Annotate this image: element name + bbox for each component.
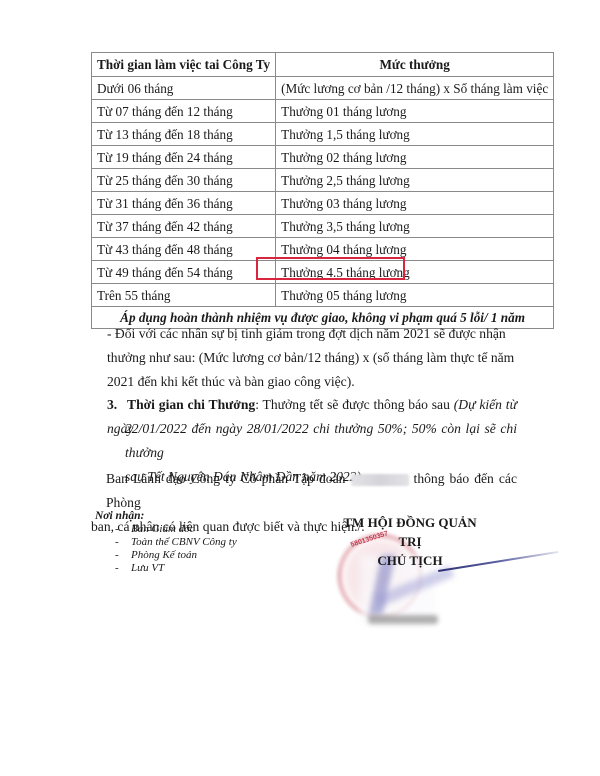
redacted-signer-name: [368, 615, 438, 624]
bonus-cell-highlighted: Thưởng 05 tháng lương: [276, 284, 554, 307]
recipients-list: -Ban Giám đốc -Toàn thể CBNV Công ty -Ph…: [95, 523, 237, 575]
duration-cell: Trên 55 tháng: [92, 284, 276, 307]
table-row: Dưới 06 tháng(Mức lương cơ bản /12 tháng…: [92, 77, 554, 100]
bonus-cell: Thưởng 02 tháng lương: [276, 146, 554, 169]
recipient-label: Toàn thể CBNV Công ty: [115, 536, 237, 548]
bullet-dash: -: [115, 536, 119, 549]
section-text: : Thưởng tết sẽ được thông báo sau: [255, 397, 454, 412]
section-number: 3.: [107, 393, 127, 417]
bonus-table: Thời gian làm việc tai Công Ty Mức thưởn…: [91, 52, 554, 329]
table-row: Từ 37 tháng đến 42 thángThưởng 3,5 tháng…: [92, 215, 554, 238]
bonus-cell: Thưởng 1,5 tháng lương: [276, 123, 554, 146]
duration-cell: Từ 49 tháng đến 54 tháng: [92, 261, 276, 284]
layoff-note-paragraph: - Đối với các nhân sự bị tinh giảm trong…: [107, 322, 517, 394]
table-row: Từ 07 tháng đến 12 thángThưởng 01 tháng …: [92, 100, 554, 123]
bonus-cell: Thưởng 01 tháng lương: [276, 100, 554, 123]
recipient-label: Ban Giám đốc: [115, 523, 195, 535]
recipient-label: Phòng Kế toán: [115, 549, 197, 561]
signature-title-line-1: TM HỘI ĐỒNG QUẢN TRỊ: [335, 513, 485, 551]
duration-cell: Từ 19 tháng đến 24 tháng: [92, 146, 276, 169]
layoff-note-line-1: - Đối với các nhân sự bị tinh giảm trong…: [107, 322, 517, 346]
duration-cell: Từ 07 tháng đến 12 tháng: [92, 100, 276, 123]
bonus-cell: Thưởng 3,5 tháng lương: [276, 215, 554, 238]
list-item: -Lưu VT: [95, 562, 237, 575]
bonus-cell: Thưởng 2,5 tháng lương: [276, 169, 554, 192]
highlight-annotation-box: [256, 257, 405, 280]
table-row: Từ 31 tháng đến 36 thángThưởng 03 tháng …: [92, 192, 554, 215]
list-item: -Toàn thể CBNV Công ty: [95, 536, 237, 549]
table-row: Từ 13 tháng đến 18 thángThưởng 1,5 tháng…: [92, 123, 554, 146]
signature-title: TM HỘI ĐỒNG QUẢN TRỊ CHỦ TỊCH: [335, 513, 485, 570]
recipient-label: Lưu VT: [115, 562, 164, 574]
document-page: Thời gian làm việc tai Công Ty Mức thưởn…: [0, 0, 600, 776]
closing-text-before: Ban Lãnh đạo Công ty Cổ phần Tập đoàn: [106, 471, 345, 486]
duration-cell: Từ 25 tháng đến 30 tháng: [92, 169, 276, 192]
duration-cell: Từ 37 tháng đến 42 tháng: [92, 215, 276, 238]
recipients-header: Nơi nhận:: [95, 510, 237, 523]
duration-cell: Từ 43 tháng đến 48 tháng: [92, 238, 276, 261]
recipients-block: Nơi nhận: -Ban Giám đốc -Toàn thể CBNV C…: [95, 510, 237, 575]
duration-cell: Từ 31 tháng đến 36 tháng: [92, 192, 276, 215]
bullet-dash: -: [115, 562, 119, 575]
header-work-duration: Thời gian làm việc tai Công Ty: [92, 53, 276, 77]
table-row: Trên 55 thángThưởng 05 tháng lương: [92, 284, 554, 307]
list-item: -Ban Giám đốc: [95, 523, 237, 536]
signature-title-line-2: CHỦ TỊCH: [335, 551, 485, 570]
layoff-note-line-3: 2021 đến khi kết thúc và bàn giao công v…: [107, 370, 517, 394]
duration-cell: Dưới 06 tháng: [92, 77, 276, 100]
bullet-dash: -: [115, 549, 119, 562]
table-row: Từ 19 tháng đến 24 thángThưởng 02 tháng …: [92, 146, 554, 169]
bullet-dash: -: [115, 523, 119, 536]
table-header-row: Thời gian làm việc tai Công Ty Mức thưởn…: [92, 53, 554, 77]
header-bonus-level: Mức thưởng: [276, 53, 554, 77]
table-row: Từ 25 tháng đến 30 thángThưởng 2,5 tháng…: [92, 169, 554, 192]
section-title: Thời gian chi Thưởng: [127, 397, 255, 412]
duration-cell: Từ 13 tháng đến 18 tháng: [92, 123, 276, 146]
redacted-company-name: [351, 474, 409, 486]
layoff-note-line-2: thưởng như sau: (Mức lương cơ bản/12 thá…: [107, 346, 517, 370]
closing-line-1: Ban Lãnh đạo Công ty Cổ phần Tập đoàn th…: [91, 467, 517, 515]
bonus-cell: Thưởng 03 tháng lương: [276, 192, 554, 215]
section-italic-line-2: 22/01/2022 đến ngày 28/01/2022 chi thưởn…: [125, 417, 517, 465]
bonus-cell: (Mức lương cơ bản /12 tháng) x Số tháng …: [276, 77, 554, 100]
list-item: -Phòng Kế toán: [95, 549, 237, 562]
